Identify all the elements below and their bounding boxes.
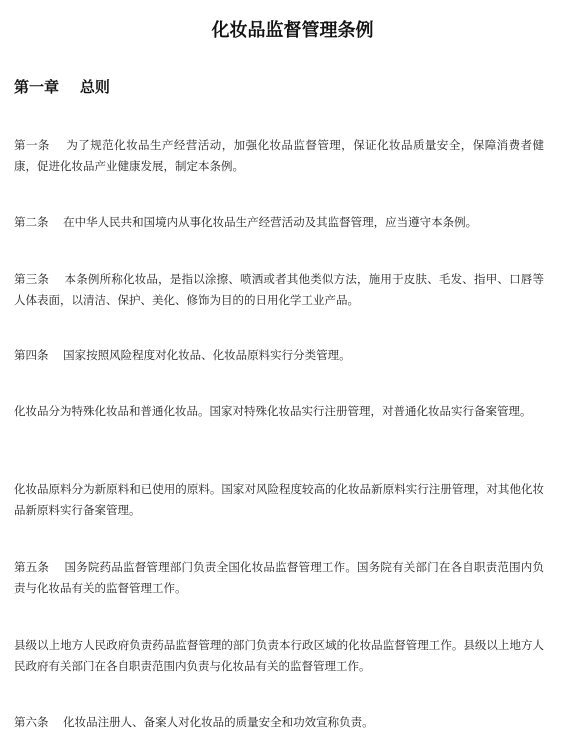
article-number: 第四条 xyxy=(14,348,49,362)
chapter-heading: 第一章 总则 xyxy=(14,77,110,97)
article-number: 第三条 xyxy=(14,272,49,286)
article-text: 为了规范化妆品生产经营活动，加强化妆品监督管理，保证化妆品质量安全，保障消费者健… xyxy=(14,138,544,173)
article-number: 第六条 xyxy=(14,715,49,729)
paragraph-article-5: 第五条 国务院药品监督管理部门负责全国化妆品监督管理工作。国务院有关部门在各自职… xyxy=(14,557,544,598)
paragraph-article-6: 第六条 化妆品注册人、备案人对化妆品的质量安全和功效宣称负责。 xyxy=(14,712,544,733)
paragraph-article-4-clause-3: 化妆品原料分为新原料和已使用的原料。国家对风险程度较高的化妆品新原料实行注册管理… xyxy=(14,479,544,520)
article-text: 本条例所称化妆品，是指以涂擦、喷洒或者其他类似方法，施用于皮肤、毛发、指甲、口唇… xyxy=(14,272,544,307)
paragraph-article-4: 第四条 国家按照风险程度对化妆品、化妆品原料实行分类管理。 xyxy=(14,345,544,366)
article-number: 第二条 xyxy=(14,215,49,229)
chapter-name: 总则 xyxy=(80,78,110,96)
paragraph-article-3: 第三条 本条例所称化妆品，是指以涂擦、喷洒或者其他类似方法，施用于皮肤、毛发、指… xyxy=(14,269,544,310)
article-text: 国务院药品监督管理部门负责全国化妆品监督管理工作。国务院有关部门在各自职责范围内… xyxy=(14,560,544,595)
chapter-gap xyxy=(59,78,80,96)
paragraph-article-4-clause-2: 化妆品分为特殊化妆品和普通化妆品。国家对特殊化妆品实行注册管理，对普通化妆品实行… xyxy=(14,401,544,422)
article-text: 化妆品注册人、备案人对化妆品的质量安全和功效宣称负责。 xyxy=(63,715,374,729)
article-text: 化妆品原料分为新原料和已使用的原料。国家对风险程度较高的化妆品新原料实行注册管理… xyxy=(14,482,544,517)
chapter-label: 第一章 xyxy=(14,78,59,96)
article-text: 国家按照风险程度对化妆品、化妆品原料实行分类管理。 xyxy=(63,348,351,362)
article-number: 第一条 xyxy=(14,138,50,152)
article-text: 化妆品分为特殊化妆品和普通化妆品。国家对特殊化妆品实行注册管理，对普通化妆品实行… xyxy=(14,404,532,418)
paragraph-article-5-clause-2: 县级以上地方人民政府负责药品监督管理的部门负责本行政区域的化妆品监督管理工作。县… xyxy=(14,635,544,676)
paragraph-article-2: 第二条 在中华人民共和国境内从事化妆品生产经营活动及其监督管理，应当遵守本条例。 xyxy=(14,212,544,233)
document-title: 化妆品监督管理条例 xyxy=(14,19,571,43)
article-text: 县级以上地方人民政府负责药品监督管理的部门负责本行政区域的化妆品监督管理工作。县… xyxy=(14,638,544,673)
paragraph-article-1: 第一条 为了规范化妆品生产经营活动，加强化妆品监督管理，保证化妆品质量安全，保障… xyxy=(14,135,544,176)
article-text: 在中华人民共和国境内从事化妆品生产经营活动及其监督管理，应当遵守本条例。 xyxy=(63,215,477,229)
article-number: 第五条 xyxy=(14,560,49,574)
